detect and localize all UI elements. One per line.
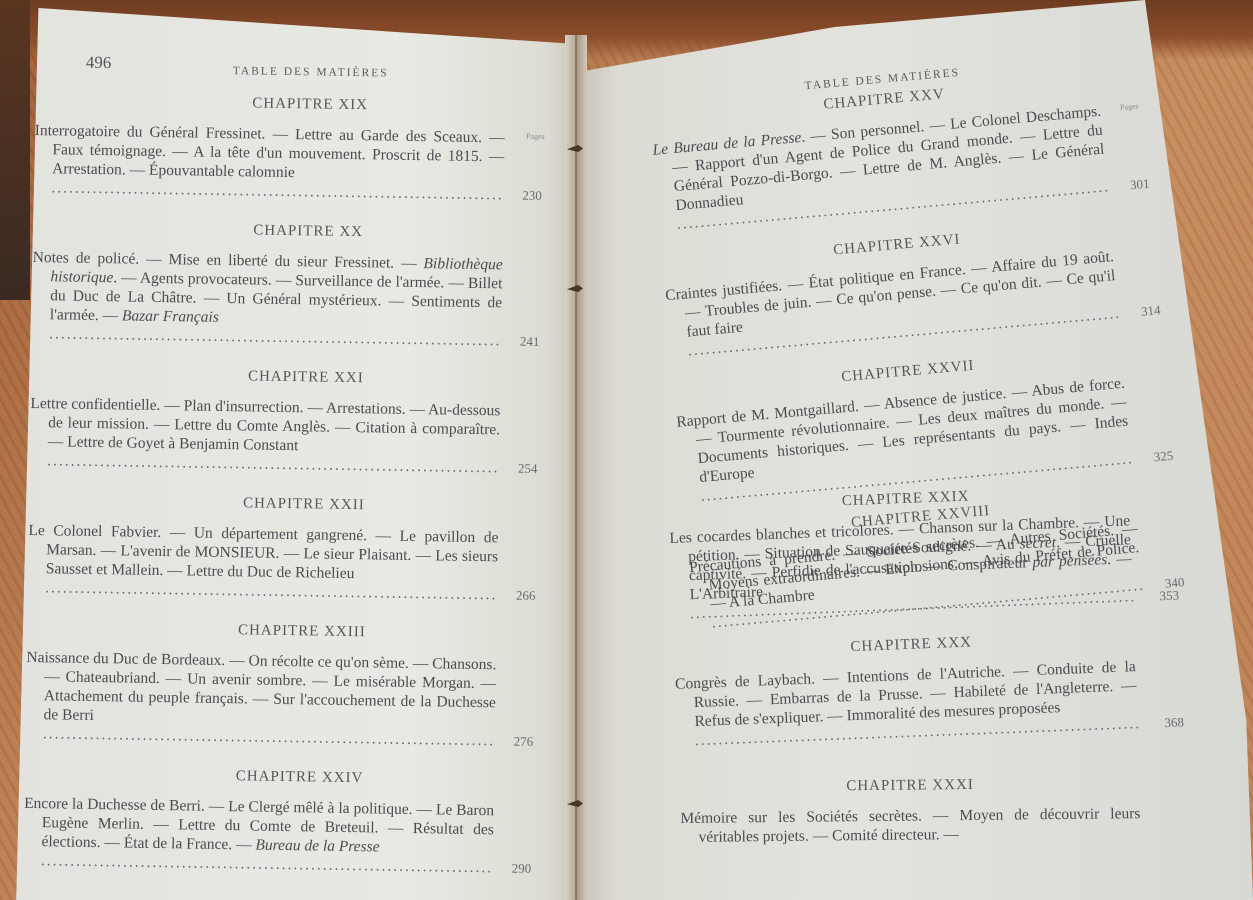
book-spine xyxy=(565,35,587,900)
right-page-content-bottom: CHAPITRE XXXI Mémoire sur les Sociétés s… xyxy=(680,775,1141,869)
chapter-entry: CHAPITRE XXVII Rapport de M. Montgaillar… xyxy=(673,343,1152,507)
chapter-entry: CHAPITRE XXIII Naissance du Duc de Borde… xyxy=(25,619,537,751)
chapter-entry: CHAPITRE XXXI Mémoire sur les Sociétés s… xyxy=(680,775,1141,847)
dot-leaders: ........................................… xyxy=(41,851,493,877)
chapter-summary: Les cocardes blanches et tricolores. — C… xyxy=(669,511,1133,624)
chapter-entry: CHAPITRE XX Notes de policé. — Mise en l… xyxy=(31,219,543,351)
chapter-summary: Pages Interrogatoire du Général Fressine… xyxy=(34,121,505,204)
chapter-title: CHAPITRE XXXI xyxy=(680,775,1140,797)
chapter-summary: Encore la Duchesse de Berri. — Le Clergé… xyxy=(23,794,494,877)
chapter-summary: Naissance du Duc de Bordeaux. — On récol… xyxy=(25,648,496,750)
chapter-title: CHAPITRE XIX xyxy=(75,93,545,117)
dot-leaders: ........................................… xyxy=(49,324,501,350)
chapter-title: CHAPITRE XXIV xyxy=(64,766,534,790)
chapter-page-number: 266 xyxy=(534,586,536,605)
chapter-entry: CHAPITRE XXI Lettre confidentielle. — Pl… xyxy=(29,365,541,478)
chapter-summary: Mémoire sur les Sociétés secrètes. — Moy… xyxy=(680,804,1140,847)
chapter-page-number: 276 xyxy=(532,732,534,751)
left-page-content: 496 TABLE DES MATIÈRES CHAPITRE XIX Page… xyxy=(23,50,546,900)
chapter-title: CHAPITRE XXII xyxy=(69,493,539,517)
chapter-entry: CHAPITRE XXVI Craintes justifiées. — Éta… xyxy=(662,217,1139,363)
chapter-entry: CHAPITRE XIX Pages Interrogatoire du Gén… xyxy=(34,92,546,205)
chapter-entry: CHAPITRE XXX Congrès de Laybach. — Inten… xyxy=(674,628,1153,751)
chapter-summary: Congrès de Laybach. — Intentions de l'Au… xyxy=(675,657,1139,751)
chapter-title: CHAPITRE XXX xyxy=(674,628,1149,663)
dot-leaders: ........................................… xyxy=(45,578,497,604)
dot-leaders: ........................................… xyxy=(47,451,499,477)
chapter-summary: Notes de policé. — Mise en liberté du si… xyxy=(31,248,502,350)
dot-leaders: ........................................… xyxy=(43,724,495,750)
chapter-title: CHAPITRE XX xyxy=(73,220,543,244)
chapter-entry: CHAPITRE XXIX Les cocardes blanches et t… xyxy=(668,482,1147,624)
dark-background-corner xyxy=(0,0,30,300)
chapter-summary: Le Colonel Fabvier. — Un département gan… xyxy=(27,521,498,604)
chapter-title: CHAPITRE XXIII xyxy=(67,620,537,644)
dot-leaders: ........................................… xyxy=(52,178,504,204)
binding-thread xyxy=(575,35,577,900)
chapter-summary: Lettre confidentielle. — Plan d'insurrec… xyxy=(29,394,500,477)
chapter-entry: CHAPITRE XXIV Encore la Duchesse de Berr… xyxy=(23,765,535,878)
chapter-page-number: 241 xyxy=(538,332,540,351)
right-page-content-lower: CHAPITRE XXIX Les cocardes blanches et t… xyxy=(668,482,1153,773)
chapter-page-number: 290 xyxy=(530,859,532,878)
chapter-page-number: 254 xyxy=(536,459,538,478)
page-number: 496 xyxy=(86,53,112,73)
chapter-title: CHAPITRE XXI xyxy=(71,366,541,390)
running-head: TABLE DES MATIÈRES xyxy=(76,63,546,82)
chapter-page-number: 230 xyxy=(540,186,542,205)
chapter-entry: CHAPITRE XXII Le Colonel Fabvier. — Un d… xyxy=(27,492,539,605)
